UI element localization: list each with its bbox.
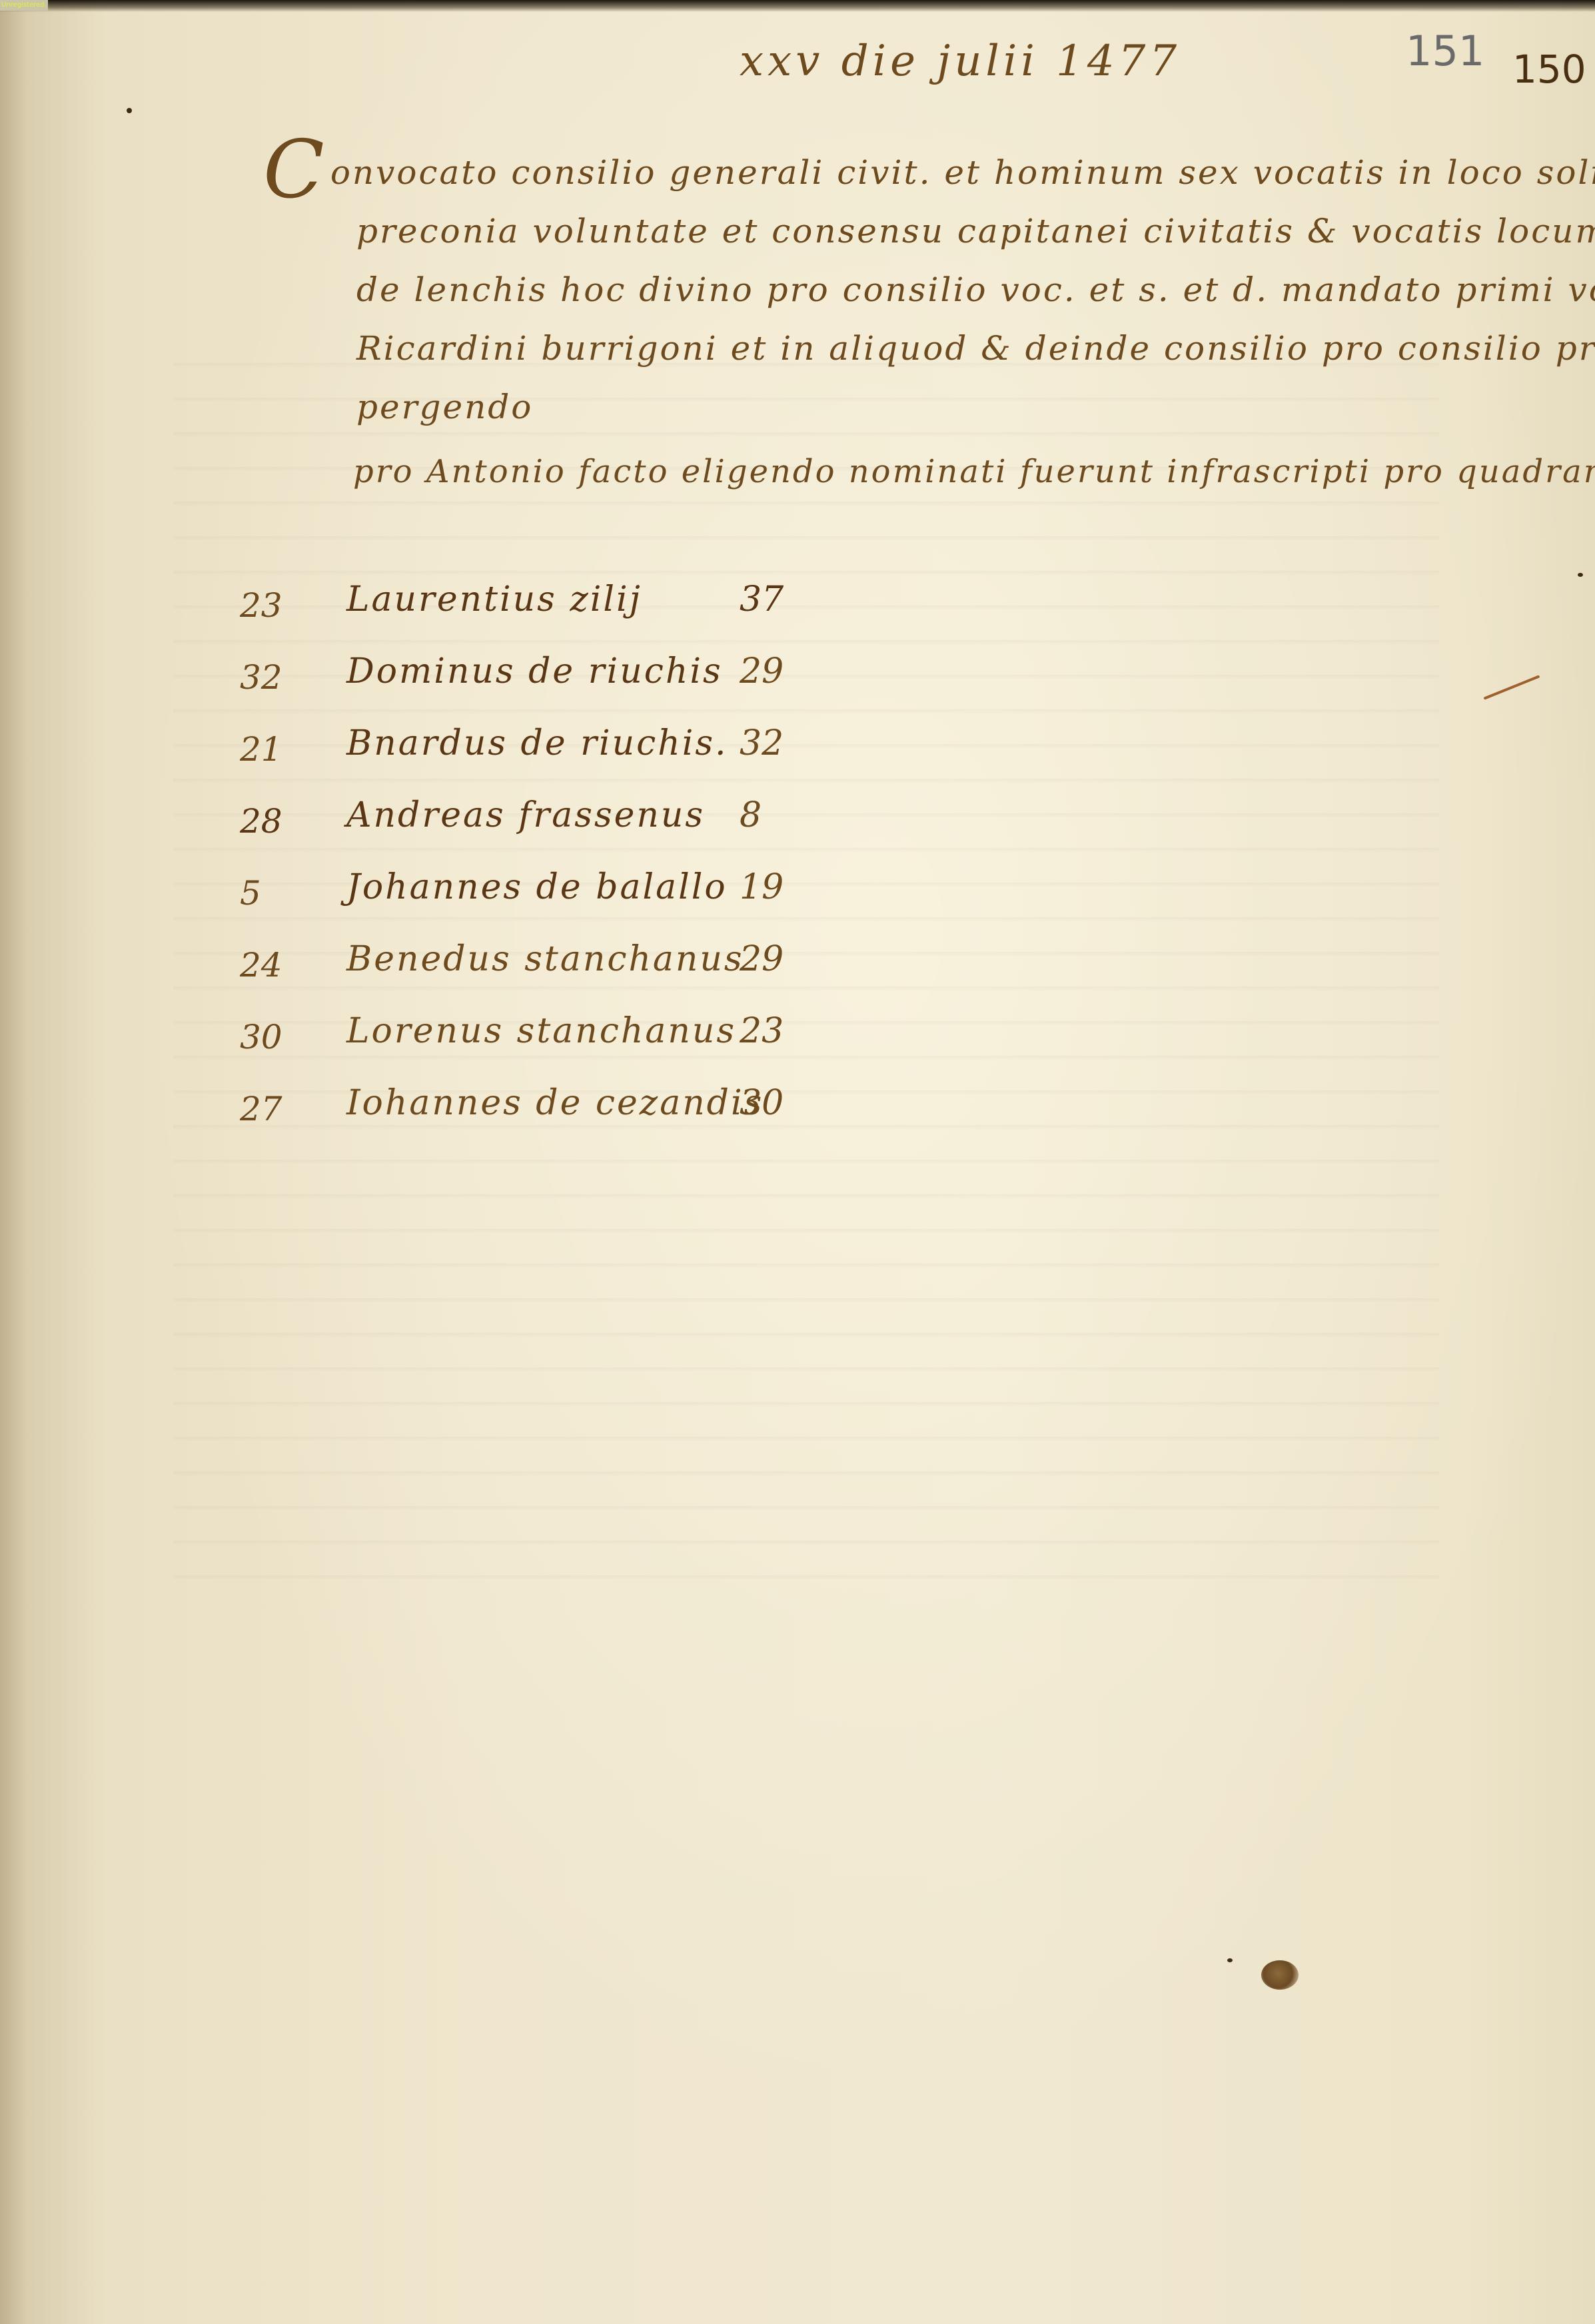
folio-number-pencil: 151 [1406,27,1484,75]
nominee-row: 28 Andreas frassenus 8 [240,789,839,861]
margin-tally: 27 [240,1090,306,1128]
paragraph-line: de lenchis hoc divino pro consilio voc. … [263,260,1529,319]
vote-count: 37 [740,580,784,619]
margin-tally: 28 [240,802,306,841]
margin-tally: 5 [240,874,306,913]
nominee-row: 30 Lorenus stanchanus 23 [240,1004,839,1076]
council-paragraph: Convocato consilio generali civit. et ho… [263,143,1529,436]
nominee-name: Lorenus stanchanus [346,1011,736,1051]
paper-speck [1578,573,1583,577]
vote-count: 30 [740,1083,784,1123]
folio-number-ink: 150 [1512,47,1586,92]
nominee-row: 27 Iohannes de cezandis 30 [240,1076,839,1148]
nominee-name: Laurentius zilij [346,580,642,619]
page-top-shadow [0,0,1595,12]
vote-count: 8 [740,795,762,835]
nominee-row: 21 Bnardus de riuchis. 32 [240,717,839,789]
nomination-line: pro Antonio facto eligendo nominati fuer… [353,453,1595,490]
vote-count: 32 [740,723,784,763]
vote-count: 29 [740,651,784,691]
vote-count: 29 [740,939,784,979]
paper-speck [127,108,132,113]
manuscript-page: Unregistered. xxv die julii 1477 151 150… [0,0,1595,2324]
nominee-name: Dominus de riuchis [346,651,723,691]
nominee-row: 5 Johannes de balallo 19 [240,861,839,933]
margin-tally: 32 [240,658,306,697]
unregistered-watermark: Unregistered. [0,0,48,11]
nominee-name: Bnardus de riuchis. [346,723,728,763]
paper-speck [1227,1958,1233,1962]
nominee-name: Johannes de balallo [346,867,728,907]
margin-tally: 21 [240,730,306,769]
nominee-row: 24 Benedus stanchanus 29 [240,933,839,1004]
paragraph-line: pergendo [263,378,1529,436]
nominee-name: Iohannes de cezandis [346,1083,764,1123]
margin-tally: 30 [240,1018,306,1056]
margin-tally: 23 [240,586,306,625]
ink-stain [1261,1960,1299,1990]
nominee-name: Benedus stanchanus [346,939,744,979]
nominee-row: 23 Laurentius zilij 37 [240,573,839,645]
paragraph-line: Convocato consilio generali civit. et ho… [263,143,1529,202]
paragraph-line-text: onvocato consilio generali civit. et hom… [330,153,1595,192]
entry-date: xxv die julii 1477 [740,37,1181,86]
paragraph-line: Ricardini burrigoni et in aliquod & dein… [263,319,1529,378]
vote-count: 19 [740,867,784,907]
vote-count: 23 [740,1011,784,1051]
margin-tally: 24 [240,946,306,984]
paragraph-line: preconia voluntate et consensu capitanei… [263,202,1529,260]
nominee-name: Andreas frassenus [346,795,705,835]
nominee-list: 23 Laurentius zilij 37 32 Dominus de riu… [240,573,839,1148]
initial-letter: C [263,124,326,216]
nominee-row: 32 Dominus de riuchis 29 [240,645,839,717]
stray-fiber-mark [1484,675,1540,699]
